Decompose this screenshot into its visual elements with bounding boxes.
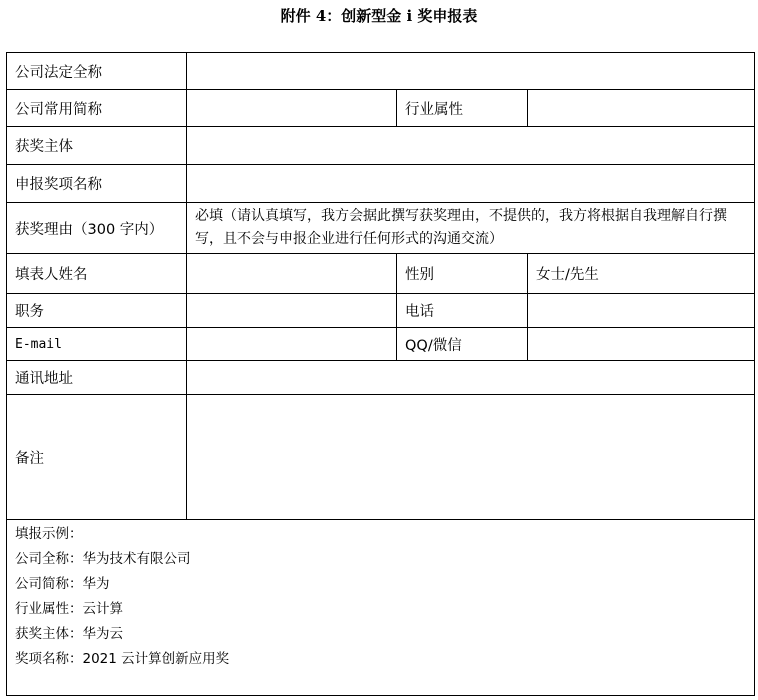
- row-position: 职务 电话: [7, 294, 755, 328]
- email-label: E-mail: [7, 328, 187, 361]
- row-email: E-mail QQ/微信: [7, 328, 755, 361]
- row-award-reason: 获奖理由（300 字内） 必填（请认真填写，我方会据此撰写获奖理由，不提供的，我…: [7, 203, 755, 254]
- filler-name-label: 填表人姓名: [7, 254, 187, 294]
- industry-label: 行业属性: [397, 90, 528, 127]
- company-short-name-label: 公司常用简称: [7, 90, 187, 127]
- email-field[interactable]: [187, 328, 397, 361]
- example-line: 公司简称：华为: [15, 572, 754, 597]
- row-award-name: 申报奖项名称: [7, 165, 755, 203]
- document-title: 附件 4：创新型金 i 奖申报表: [0, 5, 758, 26]
- row-address: 通讯地址: [7, 361, 755, 395]
- application-form-table: 公司法定全称 公司常用简称 行业属性 获奖主体 申报奖项名称 获奖理由（300 …: [6, 52, 755, 696]
- filler-name-field[interactable]: [187, 254, 397, 294]
- company-full-name-field[interactable]: [187, 53, 755, 90]
- qq-wechat-label: QQ/微信: [397, 328, 528, 361]
- address-field[interactable]: [187, 361, 755, 395]
- phone-field[interactable]: [528, 294, 755, 328]
- example-heading: 填报示例：: [15, 522, 754, 547]
- row-company-short-name: 公司常用简称 行业属性: [7, 90, 755, 127]
- gender-label: 性别: [397, 254, 528, 294]
- award-subject-field[interactable]: [187, 127, 755, 165]
- gender-field[interactable]: 女士/先生: [528, 254, 755, 294]
- position-field[interactable]: [187, 294, 397, 328]
- phone-label: 电话: [397, 294, 528, 328]
- award-subject-label: 获奖主体: [7, 127, 187, 165]
- award-name-field[interactable]: [187, 165, 755, 203]
- position-label: 职务: [7, 294, 187, 328]
- row-example: 填报示例： 公司全称：华为技术有限公司 公司简称：华为 行业属性：云计算 获奖主…: [7, 520, 755, 696]
- row-award-subject: 获奖主体: [7, 127, 755, 165]
- example-line: 奖项名称：2021 云计算创新应用奖: [15, 647, 754, 672]
- row-company-full-name: 公司法定全称: [7, 53, 755, 90]
- example-line: 行业属性：云计算: [15, 597, 754, 622]
- remarks-field[interactable]: [187, 395, 755, 520]
- qq-wechat-field[interactable]: [528, 328, 755, 361]
- example-line: 获奖主体：华为云: [15, 622, 754, 647]
- award-reason-label: 获奖理由（300 字内）: [7, 203, 187, 254]
- row-remarks: 备注: [7, 395, 755, 520]
- industry-field[interactable]: [528, 90, 755, 127]
- row-filler-name: 填表人姓名 性别 女士/先生: [7, 254, 755, 294]
- address-label: 通讯地址: [7, 361, 187, 395]
- fill-example: 填报示例： 公司全称：华为技术有限公司 公司简称：华为 行业属性：云计算 获奖主…: [7, 520, 755, 696]
- example-line: 公司全称：华为技术有限公司: [15, 547, 754, 572]
- award-reason-field[interactable]: 必填（请认真填写，我方会据此撰写获奖理由，不提供的，我方将根据自我理解自行撰写，…: [187, 203, 755, 254]
- award-name-label: 申报奖项名称: [7, 165, 187, 203]
- remarks-label: 备注: [7, 395, 187, 520]
- company-short-name-field[interactable]: [187, 90, 397, 127]
- company-full-name-label: 公司法定全称: [7, 53, 187, 90]
